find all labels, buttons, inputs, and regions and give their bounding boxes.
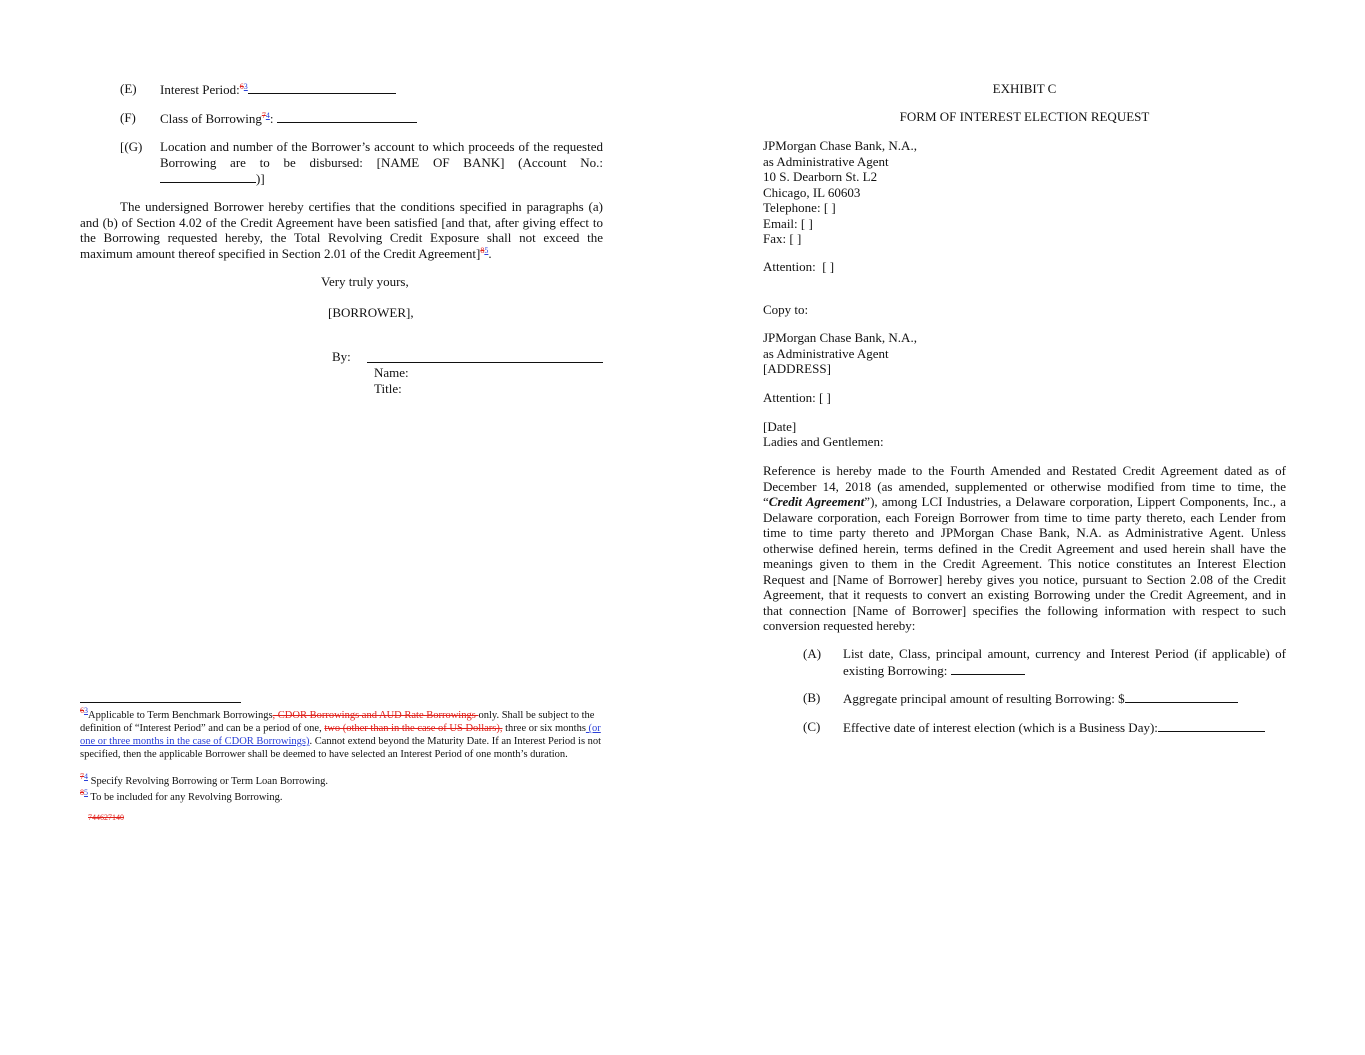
closing: Very truly yours,	[321, 274, 409, 290]
existing-borrowing-blank[interactable]	[951, 662, 1025, 675]
item-label: (F)	[120, 110, 136, 126]
aggregate-amount-blank[interactable]	[1125, 690, 1238, 703]
copy-addressee-block: JPMorgan Chase Bank, N.A., as Administra…	[763, 330, 917, 377]
signature-name-label: Name:	[374, 365, 409, 381]
footnote-ref[interactable]: 74	[262, 111, 270, 120]
copy-to-label: Copy to:	[763, 302, 808, 318]
footnote-5: 85 To be included for any Revolving Borr…	[80, 791, 603, 804]
borrower-name: [BORROWER],	[328, 305, 414, 321]
document-id: 744627140	[88, 813, 124, 823]
signature-line[interactable]	[367, 362, 603, 363]
item-label: [(G)	[120, 139, 142, 155]
reference-paragraph: Reference is hereby made to the Fourth A…	[763, 463, 1286, 634]
attention-line-copy: Attention: [ ]	[763, 390, 831, 406]
defined-term: Credit Agreement	[769, 494, 865, 509]
account-number-blank[interactable]	[160, 170, 256, 183]
item-text: Class of Borrowing	[160, 111, 262, 126]
item-text: Interest Period:	[160, 82, 240, 97]
effective-date-blank[interactable]	[1158, 719, 1265, 732]
item-label: (E)	[120, 81, 137, 97]
signature-by-label: By:	[332, 349, 351, 365]
footnote-3: 63Applicable to Term Benchmark Borrowing…	[80, 709, 603, 761]
footnote-4: 74 Specify Revolving Borrowing or Term L…	[80, 775, 603, 788]
certification-paragraph: The undersigned Borrower hereby certifie…	[80, 199, 603, 261]
signature-title-label: Title:	[374, 381, 402, 397]
form-title: FORM OF INTEREST ELECTION REQUEST	[763, 109, 1286, 125]
item-text: Location and number of the Borrower’s ac…	[160, 139, 603, 170]
date-placeholder: [Date]	[763, 419, 796, 435]
footnote-separator	[80, 702, 241, 703]
footnote-ref[interactable]: 63	[240, 82, 248, 91]
interest-period-blank[interactable]	[248, 81, 396, 94]
addressee-block: JPMorgan Chase Bank, N.A., as Administra…	[763, 138, 917, 247]
salutation: Ladies and Gentlemen:	[763, 434, 884, 450]
exhibit-heading: EXHIBIT C	[763, 81, 1286, 97]
attention-line: Attention: [ ]	[763, 259, 834, 275]
class-of-borrowing-blank[interactable]	[277, 110, 417, 123]
